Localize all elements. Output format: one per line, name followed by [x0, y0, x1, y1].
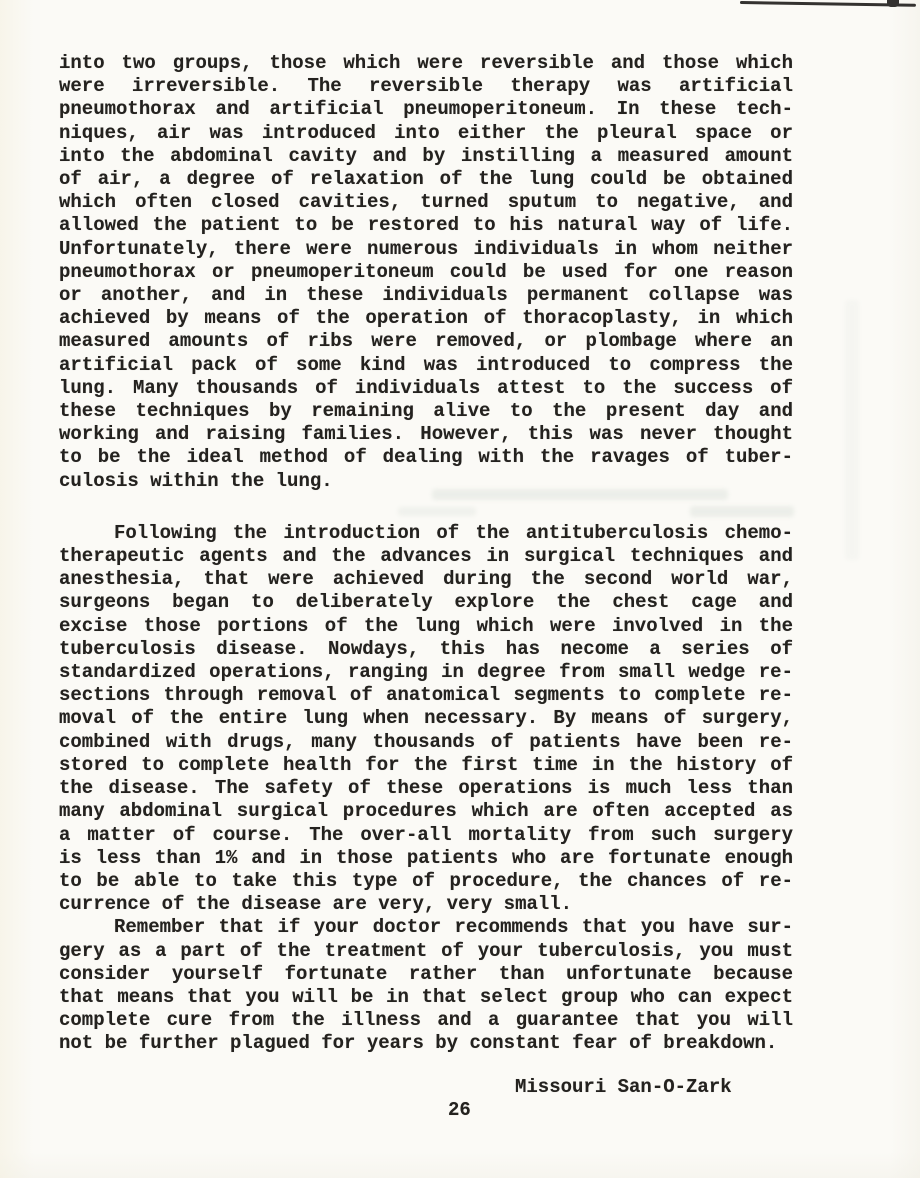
text-line: Following the introduction of the antitu…	[59, 522, 793, 545]
text-line: is less than 1% and in those patients wh…	[59, 847, 793, 870]
body-paragraph-1: into two groups, those which were revers…	[59, 52, 793, 493]
text-line: allowed the patient to be restored to hi…	[59, 214, 793, 237]
text-line: niques, air was introduced into either t…	[59, 122, 793, 145]
text-line: therapeutic agents and the advances in s…	[59, 545, 793, 568]
text-line: gery as a part of the treatment of your …	[59, 940, 793, 963]
text-line: complete cure from the illness and a gua…	[59, 1009, 793, 1032]
text-line: to be able to take this type of procedur…	[59, 870, 793, 893]
text-line: culosis within the lung.	[59, 470, 793, 493]
text-line: pneumothorax or pneumoperitoneum could b…	[59, 261, 793, 284]
text-line: to be the ideal method of dealing with t…	[59, 446, 793, 469]
text-line: currence of the disease are very, very s…	[59, 893, 793, 916]
text-line: measured amounts of ribs were removed, o…	[59, 330, 793, 353]
text-line: not be further plagued for years by cons…	[59, 1032, 793, 1055]
text-line: a matter of course. The over-all mortali…	[59, 824, 793, 847]
text-line: Unfortunately, there were numerous indiv…	[59, 238, 793, 261]
text-line: that means that you will be in that sele…	[59, 986, 793, 1009]
text-line: which often closed cavities, turned sput…	[59, 191, 793, 214]
text-line: Remember that if your doctor recommends …	[59, 916, 793, 939]
text-line: excise those portions of the lung which …	[59, 615, 793, 638]
text-line: these techniques by remaining alive to t…	[59, 400, 793, 423]
text-line: achieved by means of the operation of th…	[59, 307, 793, 330]
text-line: the disease. The safety of these operati…	[59, 777, 793, 800]
text-line: or another, and in these individuals per…	[59, 284, 793, 307]
text-line: sections through removal of anatomical s…	[59, 684, 793, 707]
text-line: consider yourself fortunate rather than …	[59, 963, 793, 986]
text-line: into the abdominal cavity and by instill…	[59, 145, 793, 168]
body-paragraph-3: Remember that if your doctor recommends …	[59, 916, 793, 1055]
text-line: stored to complete health for the first …	[59, 754, 793, 777]
text-line: moval of the entire lung when necessary.…	[59, 707, 793, 730]
body-paragraph-2: Following the introduction of the antitu…	[59, 522, 793, 916]
scanned-document-page: into two groups, those which were revers…	[0, 0, 920, 1178]
text-line: working and raising families. However, t…	[59, 423, 793, 446]
text-line: lung. Many thousands of individuals atte…	[59, 377, 793, 400]
text-line: surgeons began to deliberately explore t…	[59, 591, 793, 614]
text-line: were irreversible. The reversible therap…	[59, 75, 793, 98]
page-text-block: into two groups, those which were revers…	[59, 52, 793, 1122]
text-line: tuberculosis disease. Nowdays, this has …	[59, 638, 793, 661]
text-line: of air, a degree of relaxation of the lu…	[59, 168, 793, 191]
ink-bleedthrough-smudge	[845, 300, 859, 560]
page-number: 26	[59, 1099, 793, 1122]
text-line: standardized operations, ranging in degr…	[59, 661, 793, 684]
attribution-text: Missouri San-O-Zark	[59, 1076, 793, 1099]
text-line: combined with drugs, many thousands of p…	[59, 731, 793, 754]
text-line: artificial pack of some kind was introdu…	[59, 354, 793, 377]
text-line: pneumothorax and artificial pneumoperito…	[59, 98, 793, 121]
text-line: anesthesia, that were achieved during th…	[59, 568, 793, 591]
scan-artifact-blob	[887, 0, 899, 7]
text-line: many abdominal surgical procedures which…	[59, 800, 793, 823]
text-line: into two groups, those which were revers…	[59, 52, 793, 75]
